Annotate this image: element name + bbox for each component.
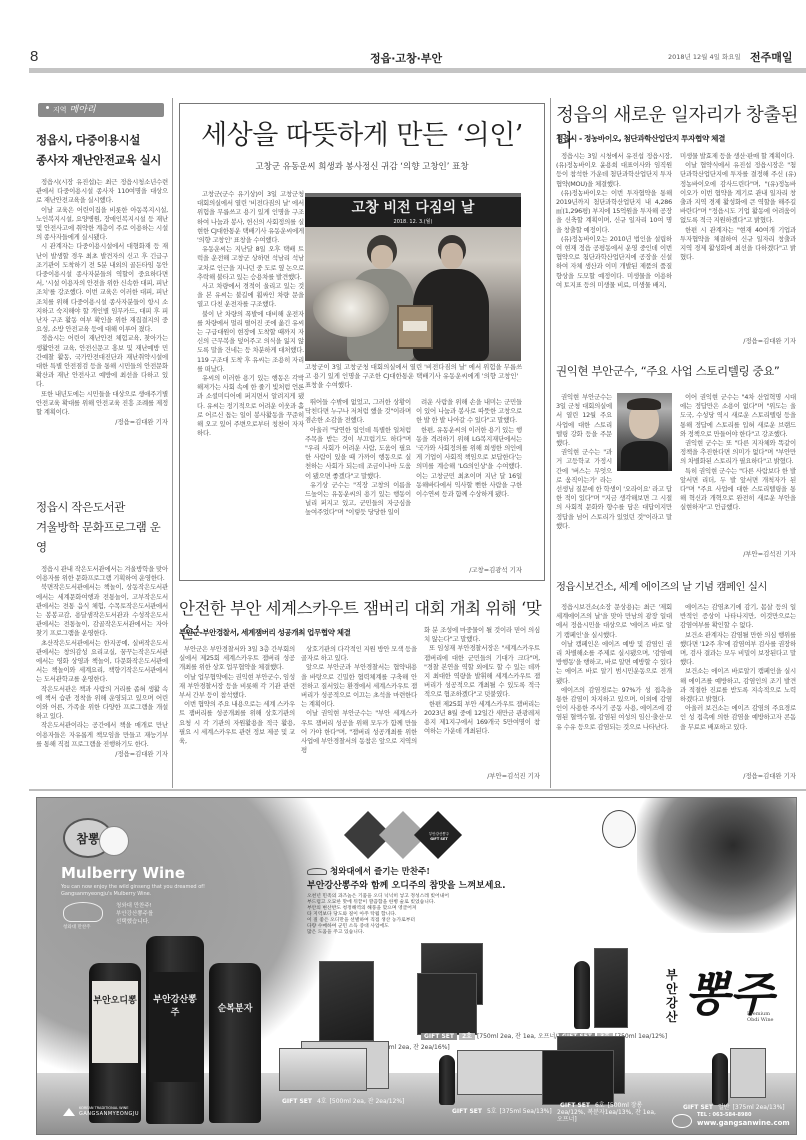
paragraph: 미생물 발효제 등을 생산·판매 할 계획이다. [680, 152, 796, 161]
paragraph: 시 관계자는 다중이용시설에서 대형화재 등 재난이 발생할 경우 최초 발견자… [36, 242, 168, 334]
ad-separator [29, 789, 806, 791]
text-line: 많은 도움을 주고 있습니다. [307, 930, 449, 936]
mascot-icon [602, 810, 636, 848]
bullet-icon [46, 106, 49, 109]
company-tag: KOREAN TRADITIONAL WINE [79, 1106, 129, 1110]
jamboree-col2: 상호기관의 다각적인 지원 방안 모색 등을 골자로 하고 있다. 앞으로 부안… [301, 645, 417, 755]
gift-set-2-spec: GIFT SET2호[750ml 2ea, 잔 1ea, 오프너/12%] [421, 1031, 573, 1040]
bottle-label: 부안강산뽕주 [149, 972, 201, 1082]
label-big: 메아리 [70, 105, 96, 115]
newspaper-name: 전주매일 [750, 49, 793, 65]
paragraph: 에이즈는 감염초기에 감기, 몸살 등의 일반적인 증상이 나타나지만, 이것만… [680, 603, 796, 631]
gift-box-3 [594, 948, 628, 1028]
paragraph: 이번 협약의 주요 내용으로는 세계 스카우트 잼버리를 성공개최를 위해 상호… [179, 700, 295, 746]
brand-sub-line: Obdi Wine [747, 1017, 774, 1023]
paragraph: 초산작은도서관에서는 한지공예, 실버작은도서관에서는 창의감성 요리교실, 꿈… [36, 639, 168, 685]
paragraph: 작은도서관이라는 공간에서 책을 매개로 만난 이용자들은 자유롭게 책모임을 … [36, 721, 168, 749]
jamboree-col3: 화 분 조성에 마중물이 될 것이라 믿어 의심치 않는다"고 말했다. 또 임… [424, 626, 540, 736]
gift-set-6-spec: GIFT SET6호[500ml 장롱2ea/12%, 복분자1ea/13%, … [557, 1102, 657, 1123]
aids-headline: 정읍시보건소, 세계 에이즈의 날 기념 캠페인 실시 [556, 578, 806, 593]
paragraph: 한편, 유동운씨의 이러한 용기 있는 행동을 격려하기 위해 LG복지재단에서… [416, 426, 522, 500]
paragraph: 이날 권익현 부안군수는 "부안 세계스카우트 잼버리 성공을 위해 모두가 함… [301, 709, 417, 755]
gift-set-tag: GIFT SET [279, 1098, 315, 1105]
gift-set-7-spec: GIFT SET일반[375ml 2ea/13%] [680, 1102, 785, 1111]
gift-box-4 [279, 1048, 367, 1091]
gift-bottle-3 [574, 961, 590, 1029]
jobs-headline: 정읍의 새로운 일자리가 창출된다 [556, 101, 806, 153]
feature-headline: 세상을 따뜻하게 만든 ‘의인’ [179, 113, 545, 152]
article-headline-line1: 정읍시, 다중이용시설 [36, 130, 168, 150]
gift-box-2 [417, 973, 477, 1035]
bluehouse-caption: 청와대 만찬주 [63, 924, 91, 930]
paragraph: 불이 난 차량의 폭발에 대비해 운전자를 차량에서 멀리 떨어진 곳에 옮긴 … [197, 310, 304, 374]
byline: /정읍=김대완 기자 [680, 336, 796, 345]
paragraph: 부안군은 부안경찰서와 3일 3층 간부회의실에서 제25회 세계스카우트 잼버… [179, 645, 295, 673]
mulberry-fruit-image [637, 798, 797, 933]
jamboree-subheadline: 부안군-부안경찰서, 세계잼버리 성공개최 업무협약 체결 [179, 627, 419, 638]
column-divider [172, 98, 173, 788]
paragraph: 앞으로 부안군과 부안경찰서는 협약내용을 바탕으로 긴밀한 협력체계를 구축해… [301, 663, 417, 709]
paragraph: (유)정농바이오는 이번 투자협약을 통해 2019년까지 첨단과학산업단지 내… [556, 189, 672, 235]
feature-col3: 려운 사람을 위해 손을 내미는 군민들이 있어 나눔과 봉사로 따뜻한 고창으… [416, 398, 522, 564]
jobs-col1: 정읍시는 3일 시청에서 유진섭 정읍시장, (유)정농바이오 윤용희 대표이사… [556, 152, 672, 342]
article-body: 정읍시 관내 작은도서관에서는 겨울방학을 맞아 이용자를 위한 문화프로그램 … [36, 565, 168, 749]
gift-set-no: 일반 [718, 1104, 730, 1111]
paragraph: 이날 협약식에서 유진섭 정읍시장은 "첨단과학산업단지에 투자를 결정해 주신… [680, 161, 796, 225]
gift-set-badge-text: 부안강산뽕주 GIFT SET [419, 832, 459, 842]
gift-set-tag: GIFT SET [449, 1108, 485, 1115]
flower-bouquet [313, 279, 389, 337]
ad-website-link[interactable]: www.gangsanwine.com [697, 1119, 790, 1127]
person-face [441, 243, 463, 269]
paragraph: 이날 교육은 어린이집을 비롯한 아동복지시설, 노인복지시설, 요양병원, 장… [36, 206, 168, 243]
gift-set-4-spec: GIFT SET4호[500ml 2ea, 잔 2ea/12%] [279, 1096, 404, 1105]
gift-box-5 [457, 1050, 553, 1095]
article-small-library: 정읍시 작은도서관 겨울방학 문화프로그램 운영 정읍시 관내 작은도서관에서는… [36, 497, 168, 758]
paragraph: 정읍시보건소(소장 문상용)는 최근 '제회 세계에이즈의 날'을 맞아 만남의… [556, 603, 672, 640]
section-title: 정읍·고창·부안 [370, 50, 442, 66]
gift-set-spec: [375ml 2ea/13%] [733, 1104, 785, 1111]
paragraph: 화 분 조성에 마중물이 될 것이라 믿어 의심치 않는다"고 말했다. [424, 626, 540, 644]
byline: /부안=김석진 기자 [424, 771, 540, 780]
gift-set-tag: GIFT SET [421, 1033, 457, 1040]
feature-subheadline: 고창군 유동운씨 희생과 봉사정신 귀감 ‘의향 고창인’ 표창 [179, 160, 545, 172]
paragraph: 정읍시는 어린이 재난안전 체험교육, 찾아가는 생활안전 교육, 안전신문고 … [36, 334, 168, 389]
page-number: 8 [30, 48, 38, 65]
bottle-label: 순복분자 [211, 993, 259, 1023]
storytelling-col1: 권익현 부안군수는 3일 군청 대회의실에서 열린 12월 주요 사업에 대한 … [556, 393, 672, 559]
award-plaque [397, 305, 433, 349]
paragraph: 이날 캠페인은 에이즈 예방 및 감염인 권리 차별해소를 주제로 실시됐으며,… [556, 640, 672, 686]
paragraph: 뛰어들 수밖에 없었고, 그러한 상황이 닥친다면 누구나 저처럼 했을 것"이… [305, 398, 411, 426]
gift-set-5-spec: GIFT SET5호[375ml 5ea/13%] [449, 1106, 552, 1115]
bluehouse-emblem-icon [307, 868, 327, 875]
paragraph: 권익현 군수는 또 "다른 지자체와 똑같이 정책을 추진한다면 의미가 없다"… [680, 439, 796, 467]
aids-col2: 에이즈는 감염초기에 감기, 몸살 등의 일반적인 증상이 나타나지만, 이것만… [680, 603, 796, 769]
brand-sub: Premium Obdi Wine [747, 1011, 774, 1023]
article-headline-line2: 종사자 재난안전교육 실시 [36, 150, 168, 170]
company-name: GANGSANMYEONGJU [79, 1111, 139, 1117]
paragraph: 한편 시 관계자는 "현재 40여개 기업과 투자협약을 체결하여 신규 일자리… [680, 226, 796, 263]
article-body: 정읍시(시장 유진섭)는 최근 정읍시청소년수련관에서 다중이용시설 종사자 1… [36, 178, 168, 417]
column-divider [550, 98, 551, 788]
article-headline-line2: 겨울방학 문화프로그램 운영 [36, 517, 168, 557]
article-safety-education: 정읍시, 다중이용시설 종사자 재난안전교육 실시 정읍시(시장 유진섭)는 최… [36, 130, 168, 426]
paragraph: 에이즈의 감염경로는 97%가 성 접촉을 통한 감염이 차지하고 있으며, 이… [556, 686, 672, 732]
article-headline-line1: 정읍시 작은도서관 [36, 497, 168, 517]
paragraph: 보건소는 에이즈 바로알기 캠페인을 실시해 에이즈를 예방하고, 감염인의 조… [680, 667, 796, 704]
storytelling-col2: 이어 권익현 군수는 "4차 산업혁명 시대에는 정답만은 소용이 없다"며 "… [680, 393, 796, 549]
paragraph: 사고 차량에서 경적이 울리고 있는 것을 본 유씨는 불길에 휩싸인 차량 문… [197, 282, 304, 310]
gift-set-tag: GIFT SET [680, 1104, 716, 1111]
jobs-subheadline: 정읍시 - 정농바이오, 첨단과학산업단지 투자협약 체결 [556, 133, 806, 144]
wine-bottle: 순복분자 [209, 963, 261, 1123]
gift-set-spec: [375ml 5ea/13%] [500, 1108, 552, 1115]
ad-title: Mulberry Wine [61, 864, 185, 882]
gift-set-tag: GIFT SET [557, 1102, 593, 1109]
section-label-bar: 지역메아리 [38, 103, 164, 117]
jobs-col2: 미생물 발효제 등을 생산·판매 할 계획이다. 이날 협약식에서 유진섭 정읍… [680, 152, 796, 332]
gift-box-1 [319, 961, 374, 1041]
text-line: 청와대 만찬주! [116, 902, 153, 910]
byline: /정읍=김대완 기자 [680, 771, 796, 780]
paragraph: 아울러 보건소는 에이즈 감염의 주요경로인 성 접촉에 의한 감염을 예방하고… [680, 704, 796, 732]
storytelling-headline: 권익현 부안군수, “주요 사업 스토리텔링 중요” [556, 363, 806, 379]
wine-bottle: 부안오디뽕 [89, 963, 141, 1123]
gift-set-no: 2호 [459, 1033, 475, 1040]
feature-col2: 뛰어들 수밖에 없었고, 그러한 상황이 닥친다면 누구나 저처럼 했을 것"이… [305, 398, 411, 518]
gift-box-7 [730, 1048, 766, 1098]
paragraph: 북면작은도서관에서는 책놀이, 상동작은도서관에서는 세계문화여행과 전통놀이,… [36, 583, 168, 638]
header-rule [29, 68, 806, 73]
paragraph: 고창군(군수 유기상)이 3일 고창군청 대회의실에서 열린 '비전다짐의 날'… [197, 190, 304, 245]
gift-set-no: 6호 [595, 1102, 605, 1109]
aids-col1: 정읍시보건소(소장 문상용)는 최근 '제회 세계에이즈의 날'을 맞아 만남의… [556, 603, 672, 778]
paragraph: 정읍시는 3일 시청에서 유진섭 정읍시장, (유)정농바이오 윤용희 대표이사… [556, 152, 672, 189]
advertisement-mulberry-wine[interactable]: 참뽕 Mulberry Wine You can now enjoy the w… [36, 797, 797, 1135]
paragraph: 이날 업무협약에는 권익현 부안군수, 임성재 부안경찰서장 등을 비롯해 각 … [179, 673, 295, 701]
text-line: 부안강산뽕주를 [116, 910, 153, 918]
label-small: 지역 [53, 106, 67, 114]
paragraph: 특히 권익현 군수는 "다른 사람보다 한 발 앞서면 리더, 두 발 앞서면 … [680, 467, 796, 513]
photo-banner: 고창 비전 다짐의 날 2018. 12. 3.(월) [305, 197, 521, 227]
paragraph: 한편 제25회 부안 세계스카우트 잼버리는 2023년 8월 중에 12일간 … [424, 700, 540, 737]
byline: /부안=김석진 기자 [680, 549, 796, 558]
gift-set-no: 5호 [487, 1108, 497, 1115]
paragraph: 보건소 관계자는 감염될 만한 의심 행위를 했다면 '12주 후'에 감염여부… [680, 631, 796, 668]
gift-box-6 [542, 1050, 614, 1105]
byline: /정읍=김대완 기자 [36, 417, 168, 426]
banner-date: 2018. 12. 3.(월) [305, 219, 521, 225]
paragraph: 정읍시 관내 작은도서관에서는 겨울방학을 맞아 이용자를 위한 문화프로그램 … [36, 565, 168, 583]
jamboree-col1: 부안군은 부안경찰서와 3일 3층 간부회의실에서 제25회 세계스카우트 잼버… [179, 645, 295, 746]
ad-tagline: You can now enjoy the wild ginseng that … [61, 884, 251, 898]
company-emblem-icon [672, 1114, 692, 1128]
gift-set-no: 4호 [317, 1098, 327, 1105]
byline: /정읍=김대완 기자 [36, 749, 168, 758]
paragraph: 또한 내년도에는 시민들을 대상으로 생애주기별 안전교육 확대를 위해 안전교… [36, 390, 168, 418]
feature-col1: 고창군(군수 유기상)이 3일 고창군청 대회의실에서 열린 '비전다짐의 날'… [197, 190, 304, 575]
bluehouse-emblem-icon [63, 902, 103, 922]
paragraph: 상호기관의 다각적인 지원 방안 모색 등을 골자로 하고 있다. [301, 645, 417, 663]
photo-caption: 고창군이 3일 고창군청 대회의실에서 열린 '비전다짐의 날' 에서 위험을 … [305, 363, 523, 391]
paragraph: 정읍시(시장 유진섭)는 최근 정읍시청소년수련관에서 다중이용시설 종사자 1… [36, 178, 168, 206]
paragraph: 아울러 "당연한 일인데 특별한 일처럼 주목을 받는 것이 부끄럽기도 하다"… [305, 426, 411, 481]
byline: /고창=김광석 기자 [416, 565, 522, 574]
wine-bottle: 부안강산뽕주 [146, 936, 204, 1124]
banner-text: 고창 비전 다짐의 날 [352, 200, 475, 216]
paragraph: 유동운씨는 지난달 8일 오후 택배 트럭을 운전해 고창군 상하면 석남리 석… [197, 245, 304, 282]
paragraph: 또 임성재 부안경찰서장은 "세계스카우트 잼버리에 대한 군민들의 기대가 크… [424, 644, 540, 699]
publication-date: 2018년 12월 4일 화요일 [668, 52, 741, 61]
paragraph: 이어 권익현 군수는 "4차 산업혁명 시대에는 정답만은 소용이 없다"며 "… [680, 393, 796, 439]
ad-tel[interactable]: TEL : 063-584-8980 [697, 1112, 751, 1118]
feature-photo: 고창 비전 다짐의 날 2018. 12. 3.(월) [305, 193, 521, 361]
gift-bottle-5 [439, 1055, 455, 1105]
paragraph: (유)정농바이오는 2010년 법인을 설립하여 현재 정읍 공평동에서 운영 … [556, 235, 672, 290]
brand-vertical: 부안강산 [666, 968, 680, 1024]
ad-body: 오천년 민족의 과즈높은 기품을 오디 넉넉히 넣고 정성스레 빚어내어 부드럽… [307, 894, 449, 936]
person-face [371, 245, 393, 269]
badge-line: GIFT SET [419, 837, 459, 842]
gift-bottle-7 [712, 1053, 728, 1105]
mascot-icon [99, 826, 129, 856]
bottle-label: 부안오디뽕 [92, 981, 138, 1063]
paragraph: 유기상 군수는 "직장 고창의 이름을 드높이는 유동운씨의 용기 있는 행동이… [305, 481, 411, 518]
bluehouse-text: 청와대 만찬주! 부안강산뽕주를 선택했습니다. [116, 902, 153, 926]
paragraph: 려운 사람을 위해 손을 내미는 군민들이 있어 나눔과 봉사로 따뜻한 고창으… [416, 398, 522, 426]
paragraph: 작은도서관은 책과 사람의 거리를 좁혀 생활 속에 책서 습관 정착을 위해 … [36, 685, 168, 722]
text-line: 선택했습니다. [116, 918, 153, 926]
gift-set-spec: [500ml 2ea, 잔 2ea/12%] [330, 1098, 405, 1105]
paragraph: 유씨의 이러한 용기 있는 행동은 각박해져가는 사회 속에 한 줄기 빛처럼 … [197, 374, 304, 438]
ad-headline-line1: 청와대에서 즐기는 만찬주! [330, 865, 430, 877]
ad-headline-line2: 부안강산뽕주와 함께 오디주의 참맛을 느껴보세요. [307, 878, 506, 891]
